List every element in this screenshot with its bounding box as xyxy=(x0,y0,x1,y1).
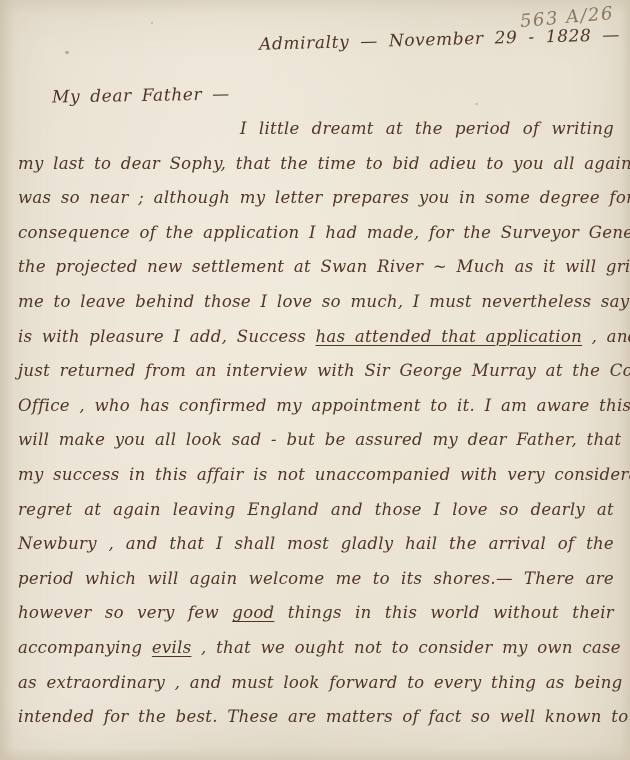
letter-line: intended for the best. These are matters… xyxy=(18,700,614,735)
letter-line: as extraordinary , and must look forward… xyxy=(18,666,614,701)
letter-line: I little dreamt at the period of writing xyxy=(18,112,614,147)
letter-line: Office , who has confirmed my appointmen… xyxy=(18,389,614,424)
letter-body: I little dreamt at the period of writing… xyxy=(18,112,614,735)
letter-line: accompanying evils , that we ought not t… xyxy=(18,631,614,666)
letter-line: just returned from an interview with Sir… xyxy=(18,354,614,389)
letter-line: my last to dear Sophy, that the time to … xyxy=(18,147,614,182)
letter-page: 563 A/26 Admiralty — November 29 - 1828 … xyxy=(0,0,630,760)
letter-salutation: My dear Father — xyxy=(52,84,230,107)
letter-dateline: Admiralty — November 29 - 1828 — xyxy=(259,25,620,54)
letter-line: is with pleasure I add, Success has atte… xyxy=(18,320,614,355)
letter-line: will make you all look sad - but be assu… xyxy=(18,423,614,458)
paper-speck xyxy=(151,22,153,24)
letter-line: consequence of the application I had mad… xyxy=(18,216,614,251)
letter-line: was so near ; although my letter prepare… xyxy=(18,181,614,216)
letter-line: me to leave behind those I love so much,… xyxy=(18,285,614,320)
paper-speck xyxy=(475,103,478,105)
letter-line: my success in this affair is not unaccom… xyxy=(18,458,614,493)
letter-line: period which will again welcome me to it… xyxy=(18,562,614,597)
letter-line: however so very few good things in this … xyxy=(18,596,614,631)
letter-line: the projected new settlement at Swan Riv… xyxy=(18,250,614,285)
letter-line: Newbury , and that I shall most gladly h… xyxy=(18,527,614,562)
paper-speck xyxy=(65,51,69,54)
letter-line: regret at again leaving England and thos… xyxy=(18,493,614,528)
